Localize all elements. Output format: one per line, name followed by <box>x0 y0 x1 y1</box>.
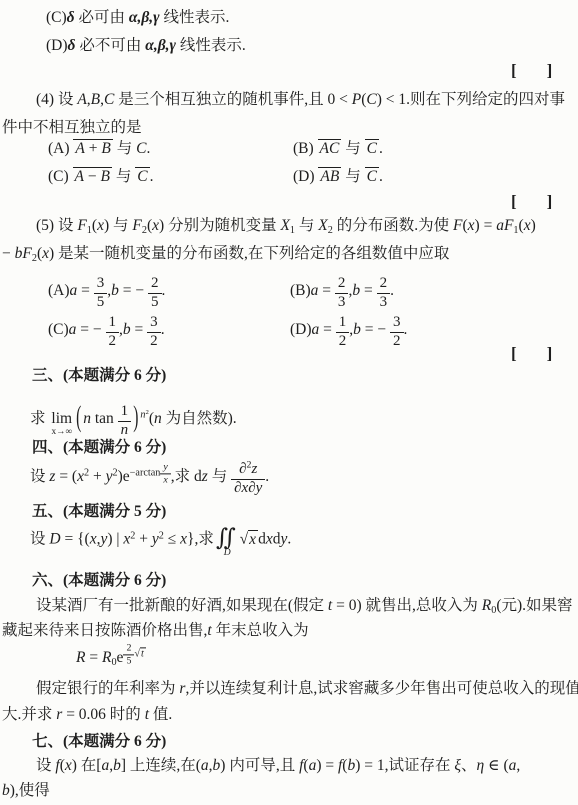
math-variable: y <box>163 461 167 472</box>
math-variable: x <box>42 245 49 262</box>
section6-para2: 藏起来待来日按陈酒价格出售,t 年末总收入为 <box>2 621 309 642</box>
text-run: 是三个相互独立的随机事件,且 0 < <box>114 91 351 108</box>
text-run: ) 内可导,且 <box>220 757 299 774</box>
text-run: 线性表示. <box>160 9 230 26</box>
text-run: (C) <box>46 9 67 26</box>
math-variable: A <box>75 140 84 157</box>
superscript: 2 <box>130 531 135 541</box>
section6-formula: R = R0e25√t <box>76 648 146 673</box>
text-run: . <box>162 282 166 299</box>
text-run: (5) 设 <box>36 217 77 234</box>
text-run: 藏起来待来日按陈酒价格出售, <box>2 622 207 639</box>
math-variable: C <box>366 91 376 108</box>
text-run: 2 <box>109 333 117 349</box>
superscript: 2 <box>112 468 117 478</box>
text-run: 3 <box>150 314 158 330</box>
text-run: 2 <box>159 530 164 541</box>
text-run: 2 <box>393 333 401 349</box>
text-run: (D) <box>46 37 68 54</box>
text-run: 2 <box>126 642 131 653</box>
math-variable: X <box>280 217 289 234</box>
text-run: 3 <box>97 275 105 291</box>
text-run: = − <box>119 282 148 299</box>
text-run: − <box>2 245 15 262</box>
subscript: 2 <box>32 254 37 264</box>
fraction: 35 <box>94 276 108 311</box>
text-run: (C) <box>48 321 69 338</box>
text-run: 大.并求 <box>2 706 56 723</box>
overline-group: A − B <box>73 167 112 186</box>
radical-sign: √ <box>134 648 140 659</box>
text-run: ∈ ( <box>484 757 508 774</box>
bold-text: 五、(本题满分 5 分) <box>32 503 166 520</box>
text-run: 0 <box>491 605 496 616</box>
radicand: t <box>140 647 146 659</box>
math-variable: C <box>104 91 114 108</box>
section4-problem: 设 z = (x2 + y2)e−arctanyx,求 dz 与 ∂2z∂x∂y… <box>30 462 269 497</box>
math-variable: b <box>113 757 121 774</box>
math-variable: R <box>102 649 111 666</box>
text-run: },求 <box>187 531 214 548</box>
superscript: n2 <box>140 410 148 420</box>
text-run: 线性表示. <box>176 37 246 54</box>
bold-text: [ <box>511 344 517 363</box>
text-run: 假定银行的年利率为 <box>36 680 179 697</box>
overline-group: C <box>365 139 379 158</box>
q4-option-D: (D) AB 与 C. <box>293 167 383 188</box>
text-run: d <box>258 531 266 548</box>
math-variable: aF <box>496 217 513 234</box>
fraction: 25 <box>148 276 162 311</box>
math-variable: D <box>49 531 60 548</box>
text-run: + <box>85 140 102 157</box>
text-run: ) = 1,试证存在 <box>355 757 454 774</box>
text-run: 、 <box>461 757 477 774</box>
text-run: 与 <box>208 468 231 485</box>
text-run: 件中不相互独立的是 <box>2 119 142 136</box>
text-run: 3 <box>338 294 346 310</box>
text-run: ) | <box>107 531 123 548</box>
text-run: 5 <box>126 656 131 667</box>
q3-option-C: (C)δ 必可由 α,β,γ 线性表示. <box>46 8 229 29</box>
math-variable: R <box>482 597 491 614</box>
fraction: 25 <box>123 643 134 667</box>
text-run: 5 <box>151 294 159 310</box>
text-run: 设 <box>30 531 49 548</box>
overline-group: C <box>135 167 149 186</box>
text-run: −arctan <box>130 467 161 478</box>
subscript: 2 <box>328 226 333 236</box>
text-run: + <box>135 531 152 548</box>
fraction: 32 <box>390 315 404 350</box>
text-run: 2 <box>112 467 117 478</box>
text-run: e <box>117 649 124 666</box>
text-run: 2 <box>339 333 347 349</box>
q5-option-B: (B)a = 23,b = 23. <box>290 276 394 311</box>
text-run: 2 <box>142 225 147 236</box>
math-variable: P <box>352 91 361 108</box>
section5-problem: 设 D = {(x,y) | x2 + y2 ≤ x},求∬D√xdxdy. <box>30 527 291 558</box>
text-run: = 0) 就售出,总收入为 <box>332 597 482 614</box>
subscript: 1 <box>290 226 295 236</box>
text-run: ,求 d <box>171 468 202 485</box>
text-run: 必不可由 <box>75 37 145 54</box>
text-run: ≤ <box>164 531 180 548</box>
text-run: ) 与 <box>104 217 132 234</box>
text-run: (D) <box>293 168 318 185</box>
text-run: 5 <box>97 294 105 310</box>
bold-greek: α,β,γ <box>129 9 160 26</box>
text-run: ,并以连续复利计息,试求窖藏多少年售出可使总收入的现值最 <box>185 680 578 697</box>
text-run: . <box>379 168 383 185</box>
math-variable: B <box>101 168 110 185</box>
bold-greek: δ <box>67 9 75 26</box>
text-run: ) = <box>316 757 338 774</box>
text-run: 2 <box>151 275 159 291</box>
text-run: ) <box>531 217 536 234</box>
q5-stem-line1: (5) 设 F1(x) 与 F2(x) 分别为随机变量 X1 与 X2 的分布函… <box>36 216 536 237</box>
text-run: = − <box>361 321 390 338</box>
superscript: −arctanyx <box>130 462 171 486</box>
text-run: 2 <box>32 253 37 264</box>
q3-option-D: (D)δ 必不可由 α,β,γ 线性表示. <box>46 36 246 57</box>
section6-para1: 设某酒厂有一批新酿的好酒,如果现在(假定 t = 0) 就售出,总收入为 R0(… <box>36 596 573 617</box>
math-variable: b <box>2 782 10 799</box>
text-run: 设某酒厂有一批新酿的好酒,如果现在(假定 <box>36 597 328 614</box>
text-run: , <box>516 757 520 774</box>
bold-text: 六、(本题满分 6 分) <box>32 572 166 589</box>
text-run: 设 <box>30 468 49 485</box>
subscript: 0 <box>111 658 116 668</box>
math-variable: ∂x∂y <box>234 480 262 496</box>
superscript: 2 <box>145 410 148 417</box>
math-variable: C <box>367 168 377 185</box>
overline-group: C <box>365 167 379 186</box>
overline-group: AC <box>318 139 342 158</box>
scanned-exam-page: (C)δ 必可由 α,β,γ 线性表示.(D)δ 必不可由 α,β,γ 线性表示… <box>0 0 578 805</box>
text-run: 值. <box>149 706 172 723</box>
math-variable: ∂ <box>239 461 246 477</box>
text-run: (B) <box>290 282 311 299</box>
text-run: 2 <box>150 333 158 349</box>
math-variable: x <box>90 531 97 548</box>
text-run: = <box>360 282 377 299</box>
text-run: 2 <box>145 409 148 416</box>
math-variable: x <box>266 531 273 548</box>
text-run: (C) <box>48 168 73 185</box>
text-run: (D) <box>290 321 312 338</box>
text-run: 3 <box>380 294 388 310</box>
section7-heading: 七、(本题满分 6 分) <box>32 732 166 753</box>
math-variable: x <box>468 217 475 234</box>
math-variable: A <box>77 91 86 108</box>
math-variable: b <box>123 321 131 338</box>
text-run: ),使得 <box>10 782 50 799</box>
bold-text: 三、(本题满分 6 分) <box>32 367 166 384</box>
lim-subscript: x→∞ <box>51 428 72 437</box>
sqrt-radical-icon: √x <box>240 530 258 548</box>
q4-option-A: (A) A + B 与 C. <box>48 139 150 160</box>
text-run: (B) <box>293 140 318 157</box>
math-variable: x <box>97 217 104 234</box>
q4-stem-line2: 件中不相互独立的是 <box>2 118 142 139</box>
answer-bracket-2: [] <box>511 191 552 214</box>
text-run: 为自然数). <box>162 410 237 427</box>
math-variable: x <box>249 531 256 548</box>
fraction: 1n <box>118 404 132 439</box>
text-run: 与 <box>113 140 136 157</box>
text-run: 与 <box>295 217 318 234</box>
text-run: ] 上连续,在( <box>121 757 201 774</box>
text-run: (A) <box>48 282 70 299</box>
q5-option-C: (C)a = − 12,b = 32. <box>48 315 165 350</box>
bold-text: [ <box>511 192 517 211</box>
text-run: = <box>85 649 102 666</box>
bold-text: ] <box>547 344 553 363</box>
text-run: = <box>318 282 335 299</box>
text-run: 1 <box>339 314 347 330</box>
radical-sign: √ <box>240 531 249 548</box>
math-variable: t <box>141 648 144 659</box>
text-run: 的分布函数.为使 <box>333 217 453 234</box>
text-run: = 0.06 时的 <box>62 706 144 723</box>
overline-group: AB <box>318 167 341 186</box>
math-variable: C <box>367 140 377 157</box>
q4-option-C: (C) A − B 与 C. <box>48 167 153 188</box>
math-variable: AC <box>320 140 340 157</box>
math-variable: y <box>106 468 113 485</box>
math-variable: z <box>251 461 257 477</box>
math-variable: F <box>77 217 86 234</box>
big-paren: ) <box>133 400 138 440</box>
sqrt-radical-icon: √t <box>134 647 145 659</box>
text-run: (元).如果窖 <box>496 597 572 614</box>
math-variable: x <box>65 757 72 774</box>
fraction: 23 <box>377 276 391 311</box>
math-variable: n <box>121 422 129 438</box>
limit-operator: limx→∞ <box>51 411 72 438</box>
text-run: tan <box>91 410 118 427</box>
superscript: 2 <box>159 531 164 541</box>
math-variable: n <box>83 410 91 427</box>
text-run: 1 <box>87 225 92 236</box>
math-variable: x <box>77 468 84 485</box>
text-run: = <box>131 321 148 338</box>
text-run: 2 <box>380 275 388 291</box>
section5-heading: 五、(本题满分 5 分) <box>32 502 166 523</box>
math-variable: n <box>154 410 162 427</box>
q4-stem-line1: (4) 设 A,B,C 是三个相互独立的随机事件,且 0 < P(C) < 1.… <box>36 90 565 111</box>
math-variable: b <box>353 321 361 338</box>
text-run: ) 在[ <box>72 757 102 774</box>
text-run: 2 <box>338 275 346 291</box>
bold-text: [ <box>511 61 517 80</box>
text-run: . <box>390 282 394 299</box>
math-variable: A <box>75 168 84 185</box>
q5-option-A: (A)a = 35,b = − 25. <box>48 276 165 311</box>
double-integral-icon: ∬D <box>216 527 236 558</box>
text-run: + <box>89 468 106 485</box>
math-variable: x <box>180 531 187 548</box>
text-run: = <box>319 321 336 338</box>
math-variable: bF <box>15 245 32 262</box>
text-run: = {( <box>61 531 90 548</box>
section3-heading: 三、(本题满分 6 分) <box>32 366 166 387</box>
text-run: 与 <box>341 168 364 185</box>
math-variable: AB <box>320 168 339 185</box>
text-run: ) < 1.则在下列给定的四对事 <box>377 91 565 108</box>
section7-para2: b),使得 <box>2 781 50 802</box>
text-run: . <box>161 321 165 338</box>
text-run: 0 <box>111 657 116 668</box>
subscript: 2 <box>142 226 147 236</box>
text-run: . <box>404 321 408 338</box>
overline-group: A + B <box>73 139 112 158</box>
fraction: ∂2z∂x∂y <box>231 462 265 497</box>
math-variable: b <box>111 282 119 299</box>
radicand: x <box>248 530 258 548</box>
text-run: 与 <box>341 140 364 157</box>
text-run: ) = <box>475 217 497 234</box>
math-variable: B <box>101 140 110 157</box>
q5-option-D: (D)a = 12,b = − 32. <box>290 315 407 350</box>
math-variable: B <box>91 91 100 108</box>
superscript: 2 <box>84 468 89 478</box>
text-run: 3 <box>393 314 401 330</box>
section6-para3: 假定银行的年利率为 r,并以连续复利计息,试求窖藏多少年售出可使总收入的现值最 <box>36 679 578 700</box>
math-variable: x <box>524 217 531 234</box>
text-run: ) 分别为随机变量 <box>159 217 280 234</box>
text-run: (4) 设 <box>36 91 77 108</box>
fraction: 23 <box>335 276 349 311</box>
bold-text: ] <box>547 61 553 80</box>
text-run: = <box>77 282 94 299</box>
q4-option-B: (B) AC 与 C. <box>293 139 383 160</box>
text-run: . <box>146 140 150 157</box>
math-variable: a <box>201 757 209 774</box>
text-run: 设 <box>36 757 55 774</box>
superscript: 2 <box>247 461 252 471</box>
text-run: . <box>265 468 269 485</box>
text-run: 1 <box>121 403 129 419</box>
text-run: = − <box>76 321 105 338</box>
text-run: 2 <box>247 460 252 471</box>
math-variable: b <box>352 282 360 299</box>
text-run: 2 <box>130 530 135 541</box>
math-variable: F <box>132 217 141 234</box>
math-variable: X <box>318 217 327 234</box>
answer-bracket-3: [] <box>511 343 552 366</box>
math-variable: C <box>136 140 146 157</box>
big-paren: ( <box>76 400 81 440</box>
bold-text: ] <box>547 192 553 211</box>
text-run: . <box>379 140 383 157</box>
q5-stem-line2: − bF2(x) 是某一随机变量的分布函数,在下列给定的各组数值中应取 <box>2 244 449 265</box>
text-run: 求 <box>30 410 49 427</box>
text-run: 与 <box>112 168 135 185</box>
text-run: 2 <box>84 467 89 478</box>
text-run: − <box>84 168 101 185</box>
text-run: . <box>287 531 291 548</box>
text-run: 1 <box>109 314 117 330</box>
subscript: 0 <box>491 606 496 616</box>
bold-text: 七、(本题满分 6 分) <box>32 733 166 750</box>
bold-text: 四、(本题满分 6 分) <box>32 439 166 456</box>
bold-greek: α,β,γ <box>145 37 176 54</box>
lim-label: lim <box>51 411 72 427</box>
math-variable: x <box>123 531 130 548</box>
section6-para4: 大.并求 r = 0.06 时的 t 值. <box>2 705 172 726</box>
text-run: ) 是某一随机变量的分布函数,在下列给定的各组数值中应取 <box>49 245 449 262</box>
text-run: 1 <box>290 225 295 236</box>
subscript: 1 <box>87 226 92 236</box>
fraction: 32 <box>147 315 161 350</box>
text-run: 必可由 <box>75 9 129 26</box>
text-run: 2 <box>328 225 333 236</box>
text-run: (A) <box>48 140 73 157</box>
text-run: = ( <box>55 468 77 485</box>
fraction: 12 <box>336 315 350 350</box>
text-run: 年末总收入为 <box>212 622 309 639</box>
section4-heading: 四、(本题满分 6 分) <box>32 438 166 459</box>
section3-problem: 求 limx→∞(n tan 1n)n2(n 为自然数). <box>30 404 237 439</box>
fraction: 12 <box>106 315 120 350</box>
math-variable: C <box>137 168 147 185</box>
superscript: 25√t <box>123 643 145 667</box>
math-variable: x <box>163 474 167 485</box>
text-run: . <box>150 168 154 185</box>
section6-heading: 六、(本题满分 6 分) <box>32 571 166 592</box>
fraction: yx <box>160 462 170 486</box>
text-run: )e <box>118 468 130 485</box>
subscript: 1 <box>513 226 518 236</box>
text-run: 1 <box>513 225 518 236</box>
answer-bracket-1: [] <box>511 60 552 83</box>
math-variable: x <box>152 217 159 234</box>
math-variable: y <box>152 531 159 548</box>
section7-para1: 设 f(x) 在[a,b] 上连续,在(a,b) 内可导,且 f(a) = f(… <box>36 756 520 777</box>
